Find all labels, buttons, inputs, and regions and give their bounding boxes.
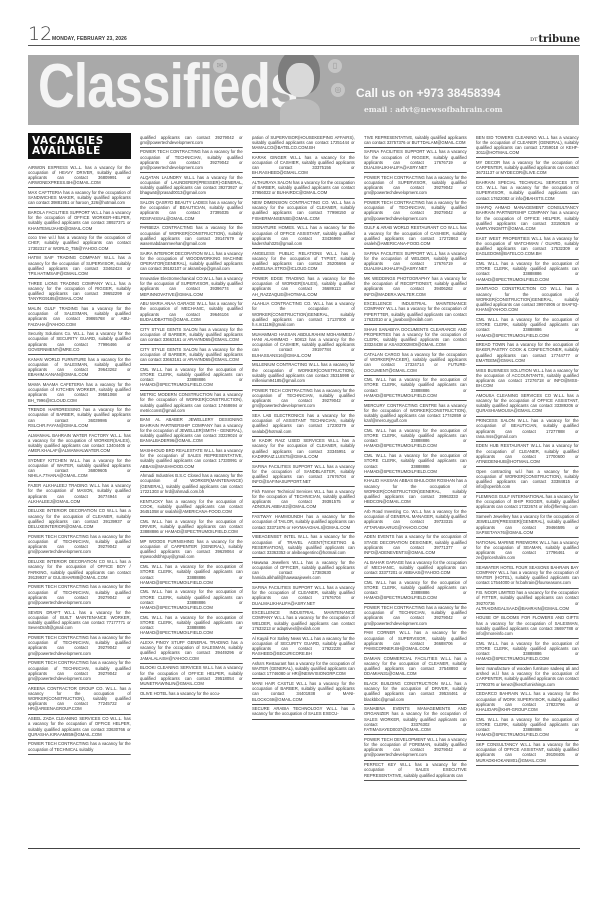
vacancies-heading: VACANCIES AVAILABLE [28,133,131,159]
classified-ad: CML W.L.L has a vacancy for the occupati… [476,715,579,740]
classified-ad: POWER TECH CONTRACTING has a vacancy for… [28,659,131,684]
classified-ad: MERCURY CONTRACTING CENTRE has a vacancy… [364,401,467,426]
page-header: 12 MONDAY, FEBRUARY 23, 2026 [28,24,280,46]
classified-ad: SHAFIQ AHMAD MANAGEMENT CONSULTANCY BAHR… [476,204,579,235]
classified-ad: BREAD TOWN has a vacancy for the occupat… [476,341,579,366]
classified-ad: BAROLA FACILITIES SUPPORT W.L.L has a va… [28,208,131,233]
classified-ad: AIRWON EXPRESS W.L.L. has a vacancy for … [28,163,131,188]
ad-list: qualified applicants can contact 3927904… [140,133,243,699]
classified-ad: ASEEL ZADA CLEANING SERVICES CO W.L.L. h… [28,715,131,740]
brand-logo: DTtribune [530,34,580,45]
publication-date: MONDAY, FEBRUARY 23, 2026 [52,36,127,42]
classified-ad: POWER TECH CONTRACTING has a vacancy for… [252,386,355,411]
classified-ad: TRENDS HAIRDRESSING has a vacancy for th… [28,406,131,431]
classified-ad: SYDNEY KITCHEN W.L.L has a vacancy for t… [28,456,131,481]
classified-ad: MK WEDDINGS PHOTOGRAPHY has a vacancy fo… [364,274,467,299]
classified-ad: AREENA CONTRACTOR GROUP CO. W.L.L. has a… [28,684,131,715]
classified-ad: BLOOKI CLEANING SERVICES W.L.L has a vac… [140,664,243,689]
classified-ad: ALAHLIA CONTRACTING CO. W.L.L has a vaca… [252,300,355,331]
classified-ad: NATIONAL MARINE FIREWORK W.L.L has a vac… [476,538,579,563]
classified-ad: CML W.L.L has a vacancy for the occupati… [140,517,243,537]
phone-icon: ▯ [328,59,342,73]
classified-ad: EDEN HUB RESTAURANT W.L.L has a vacancy … [476,442,579,467]
classified-ad: Hawwaa Jewellers W.L.L has a vacancy for… [252,558,355,583]
classified-ad: FLEMINGS GULF INTERNATIONAL has a vacanc… [476,493,579,513]
classified-ad: SEA LAB ELECTRONICS has a vacancy for th… [252,411,355,436]
mascot-face [286,63,314,97]
classified-ad: POWER TECH CONTRACTING has a vacancy for… [28,583,131,608]
classified-ad: Open contracting w.l.l has a vacancy for… [476,467,579,492]
classified-ad: KARAK GINGER W.L.L has a vacancy for the… [252,153,355,178]
classified-ad: AL BAHAR GARAGE has a vacancy for the oc… [364,558,467,578]
classified-ad: BLACK BUILDING CONSTRUCTION W.L.L has a … [364,679,467,704]
classified-ad: POWER TECH CONTRACTING has a vacancy for… [28,740,131,755]
classified-ad: Security Solutions Co. W.L.L. has a vaca… [28,330,131,355]
classified-ad: POWER EDGE TRADING has a vacancy for the… [252,274,355,299]
classified-ad: THREE LIONS TRADING COMPANY W.L.L has a … [28,279,131,304]
mascot-body [280,99,320,125]
classified-ad: pation of SUPERVISOR(HOUSEKEEPING AFFAIR… [252,133,355,153]
classified-ad: SEAWATER HOTEL FOUR SEASONS BAHRAIN BAY … [476,563,579,588]
classified-ad: MILLENIUM CONTRACTING W.L.L has a vacanc… [252,361,355,386]
classified-ad: GULF & ARAB WORLD RESTAURANT CO W.L.L ha… [364,224,467,249]
classified-ad: SANABINA EVENTS MANAGEMENTS AND ORGANIZE… [364,705,467,736]
classified-ad: MAX CAFTTERIA has a vacancy for the occu… [28,188,131,208]
ad-list: BEN EID TOWERS CLEANING W.L.L has a vaca… [476,133,579,766]
ad-list: pation of SUPERVISOR(HOUSEKEEPING AFFAIR… [252,133,355,720]
classified-ad: FASTWAY HAMMOUNDH has a vacancy for the … [252,513,355,533]
column-1: VACANCIES AVAILABLE AIRWON EXPRESS W.L.L… [28,133,131,845]
classified-ad: MALIN GULF TRADING has a vacancy for the… [28,304,131,329]
classified-ad: CML W.L.L has a vacancy for the occupati… [364,578,467,603]
classified-ad: POWER TECH CONTRACTING has a vacancy for… [28,532,131,557]
classified-ad: MP WOODS FURNISHING has a vacancy for th… [140,537,243,562]
classified-ad: HOUSE OF BLOOMS FOR FLOWERS AND GIFTS ha… [476,614,579,639]
classified-ad: MUHAMMAD HASSAN ABDULRAHIM MOHAMMED / HA… [252,330,355,361]
brand-prefix: DT [530,37,537,43]
classified-ad: Al Kayali For Safety News W.L.L has a va… [252,634,355,659]
classified-ad: DAMIAN COMMERCIAL FACILITIES W.L.L has a… [364,654,467,679]
classified-ad: CATALAN CARGO has a vacancy for the occu… [364,350,467,375]
classified-ad: PERFECT KEY W.L.L has a vacancy for the … [364,761,467,781]
classified-ad: NEW DIMENSION CONTRACTING CO. W.L.L has … [252,199,355,224]
bottom-rule [28,848,580,849]
section-title: Classifieds [38,55,297,122]
classified-ad: POWER TECH CONTRACTING has a vacancy for… [364,604,467,629]
ad-list: AIRWON EXPRESS W.L.L. has a vacancy for … [28,163,131,755]
classified-ad: VIBEAGENSET INTEL W.L.L has a vacancy fo… [252,533,355,558]
classified-ad: Ahmadi Industries B.S.C Closed has a vac… [140,472,243,497]
classified-ad: SAFINA FACILITIES SUPPORT W.L.L has a va… [252,462,355,487]
mail-icon: ✉ [213,59,227,73]
classified-ad: PARBEZA CONTRACTING has a vacancy for th… [140,224,243,249]
classified-ad: CITY STYLE GENTS SALON has a vacancy for… [140,345,243,365]
classified-ad: CML W.L.L has a vacancy for the occupati… [364,452,467,477]
classified-ad: BEN EID TOWERS CLEANING W.L.L has a vaca… [476,133,579,158]
classified-ad: DELUXE INTERIOR DECORATION CO W.L.L has … [28,558,131,583]
classified-ad: SAFINA FACILITIES SUPPORT W.L.L has a va… [252,583,355,608]
classified-ad: SKP CONSULTANCY W.L.L has a vacancy for … [476,741,579,766]
classified-ad: ALQATAN LAUNDRY W.L.L has a vacancy for … [140,173,243,198]
classified-ad: SIGNATURE HOMES. W.L.L has a vacancy for… [252,224,355,249]
column-4: TIVE REPRESENTATIVE, suitably qualified … [364,133,467,845]
classified-ad: MISS BUSINESS SOLUTION W.L.L has a vacan… [476,366,579,391]
column-5: BEN EID TOWERS CLEANING W.L.L has a vaca… [476,133,579,845]
classified-ad: DELUXE INTERIOR DECORATION CO W.L.L has … [28,507,131,532]
classified-ad: ADEN EVENTS has a vacancy for the occupa… [364,533,467,558]
classified-ad: PRINCESS SALON W.L.L has a vacancy for t… [476,417,579,442]
classified-ad: PAM CORNER W.L.L has a vacancy for the o… [364,629,467,654]
classified-ad: CML W.L.L has a vacancy for the occupati… [364,376,467,401]
classified-ad: CML W.L.L has a vacancy for the occupati… [476,315,579,340]
classified-ad: METRIC MODERN CONSTRUCTION has a vacancy… [140,391,243,416]
classified-ad: ABU MARIA ANAA GARAGE W.L.L has a vacanc… [140,300,243,325]
classified-ad: SEVEN DRAFT W.L.L has a vacancy for the … [28,608,131,633]
classified-ad: SAFINA FACILITIES SUPPORT W.L.L has a va… [364,148,467,173]
brand-name: tribune [538,34,580,45]
column-3: pation of SUPERVISOR(HOUSEKEEPING AFFAIR… [252,133,355,845]
classified-ad: qualified applicants can contact 3927904… [140,133,243,148]
classified-ad: KANAN WORLD FURNITURE has a vacancy for … [28,355,131,380]
classified-ad: Fish Farmer Technical Services W.L.L has… [252,487,355,512]
classified-ad: MANI HAIR CASTLE W.L.L has a vacancy for… [252,679,355,704]
classified-ad: ALMANHAL BAHRAIN WATER FACTORY W.L.L. ha… [28,431,131,456]
globe-icon: ◎ [331,83,345,97]
classified-ad: SAIRA INTERIOR DECORATION W.L.L has a va… [140,249,243,274]
call-number[interactable]: Call us on +973 38458394 [356,86,500,100]
classified-ad: EXCELLENCE INDUSTRIAL MAINTENANCE COMPAN… [252,609,355,634]
classified-ad: SAFINA FACILITIES SUPPORT W.L.L has a va… [364,249,467,274]
classified-ad: TIVE REPRESENTATIVE, suitably qualified … [364,133,467,148]
classified-ad: CML W.L.L has a vacancy for the occupati… [364,426,467,451]
classified-ad: CEDARCO BAHRAIN W.L.L has a vacancy for … [476,690,579,715]
classified-ad: POWER TECH DEVELOPMENT W.L.L has a vacan… [364,735,467,760]
classified-ad: Asha's Restaurant has a vacancy for the … [252,659,355,679]
classified-ad: CML W.L.L has a vacancy for the occupati… [140,365,243,390]
classified-ad: ALEXA PINOY STUFF GENERAL TRADING has a … [140,639,243,664]
classified-ad: EAST WEST PROPERTIES W.L.L has a vacancy… [476,234,579,259]
classified-ad: SECURE ARABIA TECHNOLOGY W.L.L has a vac… [252,705,355,720]
classified-ad: CML W.L.L has a vacancy for the occupati… [476,639,579,664]
classified-ad: CML W.L.L has a vacancy for the occupati… [476,260,579,285]
classified-ad: MAMA MAAMA CAFETERIA has a vacancy for t… [28,380,131,405]
column-2: qualified applicants can contact 3927904… [140,133,243,845]
classified-ad: CML W.L.L has a vacancy for the occupati… [140,563,243,588]
classifieds-columns: VACANCIES AVAILABLE AIRWON EXPRESS W.L.L… [28,133,579,845]
classified-ad: POWER TECH CONTRACTING has a vacancy for… [364,199,467,224]
classified-ad: CML W.L.L has a vacancy for the occupati… [140,588,243,613]
classified-ad: MY DECOR has a vacancy for the occupatio… [476,158,579,178]
classified-ad: POWER TECH CONTRACTING has a vacancy for… [28,634,131,659]
classified-ad: coco tree w.l.l has a vacancy for the oc… [28,234,131,254]
classified-ad: BANI AL ABABER JEWELLERY DESIGNING BAHRA… [140,416,243,447]
classified-ad: ALTHURAYA SALON has a vacancy for the oc… [252,178,355,198]
ad-list: TIVE REPRESENTATIVE, suitably qualified … [364,133,467,781]
classified-ad: Innovative Electromechanical CO.W.L.L ha… [140,274,243,299]
page-number: 12 [28,24,52,44]
classified-ad: FAJER ALKHALEEJ TRADING W.L.L has a vaca… [28,482,131,507]
heading-line-2: AVAILABLE [32,146,127,156]
classified-ad: KHALID HASSAN ABBAS BHULOOM ROSHAN has a… [364,477,467,508]
classified-ad: Sameeh Jewellery has a vacancy for the o… [476,513,579,538]
classified-ad: SHAHI SANABIYA DOCUMENTS CLEARANCE AND P… [364,325,467,350]
classified-ad: POWER TECH CONTRACTING has a vacancy for… [364,173,467,198]
classified-ad: kenz manufacture of wooden furniture sad… [476,665,579,690]
classified-ad: F.B. NOOR LIMITED has a vacancy for the … [476,589,579,614]
mascot-illustration [278,55,322,125]
classified-ad: POWER TECH CONTRACTING has a vacancy for… [140,148,243,173]
contact-email[interactable]: email : advt@newsofbahrain.com [364,105,503,114]
classified-ad: AMOUSA CLEANING SERVICES CO W.L.L has a … [476,391,579,416]
classified-ad: CITY STYLE GENTS SALON has a vacancy for… [140,325,243,345]
masthead: DTtribune [280,24,580,46]
classifieds-banner: Classifieds ✉ ▯ ◎ Call us on +973 384583… [28,55,579,125]
classified-ad: SANTIAGO CONSTRUCTION CO W.L.L has a vac… [476,285,579,316]
classified-ad: Arb Road Investing Co. W.L.L has a vacan… [364,507,467,532]
classified-ad: M KADIR RAIZ USED SERVICES W.L.L has a v… [252,437,355,462]
classified-ad: ANGELESS PUBLIC RELATIONS W.L.L has a va… [252,249,355,274]
classified-ad: EXCELLENCE INDUSTRIAL MAINTENANCE COMPAN… [364,300,467,325]
classified-ad: OLIVE HOTEL has a vacancy for the occu- [140,689,243,699]
classified-ad: KENTUCKY has a vacancy for the occupatio… [140,497,243,517]
classified-ad: CML W.L.L has a vacancy for the occupati… [140,613,243,638]
classified-ad: MASHHOUD BRD REALESTATE W.L.L has a vaca… [140,446,243,471]
classified-ad: SALON QASRYD BEAUTY LADIES has a vacancy… [140,199,243,224]
classified-ad: BAHRAIN SPECIAL TECHNICAL SERVICES STS C… [476,178,579,203]
classified-ad: HATIM SAIF TRADING COMPANY W.L.L has a v… [28,254,131,279]
